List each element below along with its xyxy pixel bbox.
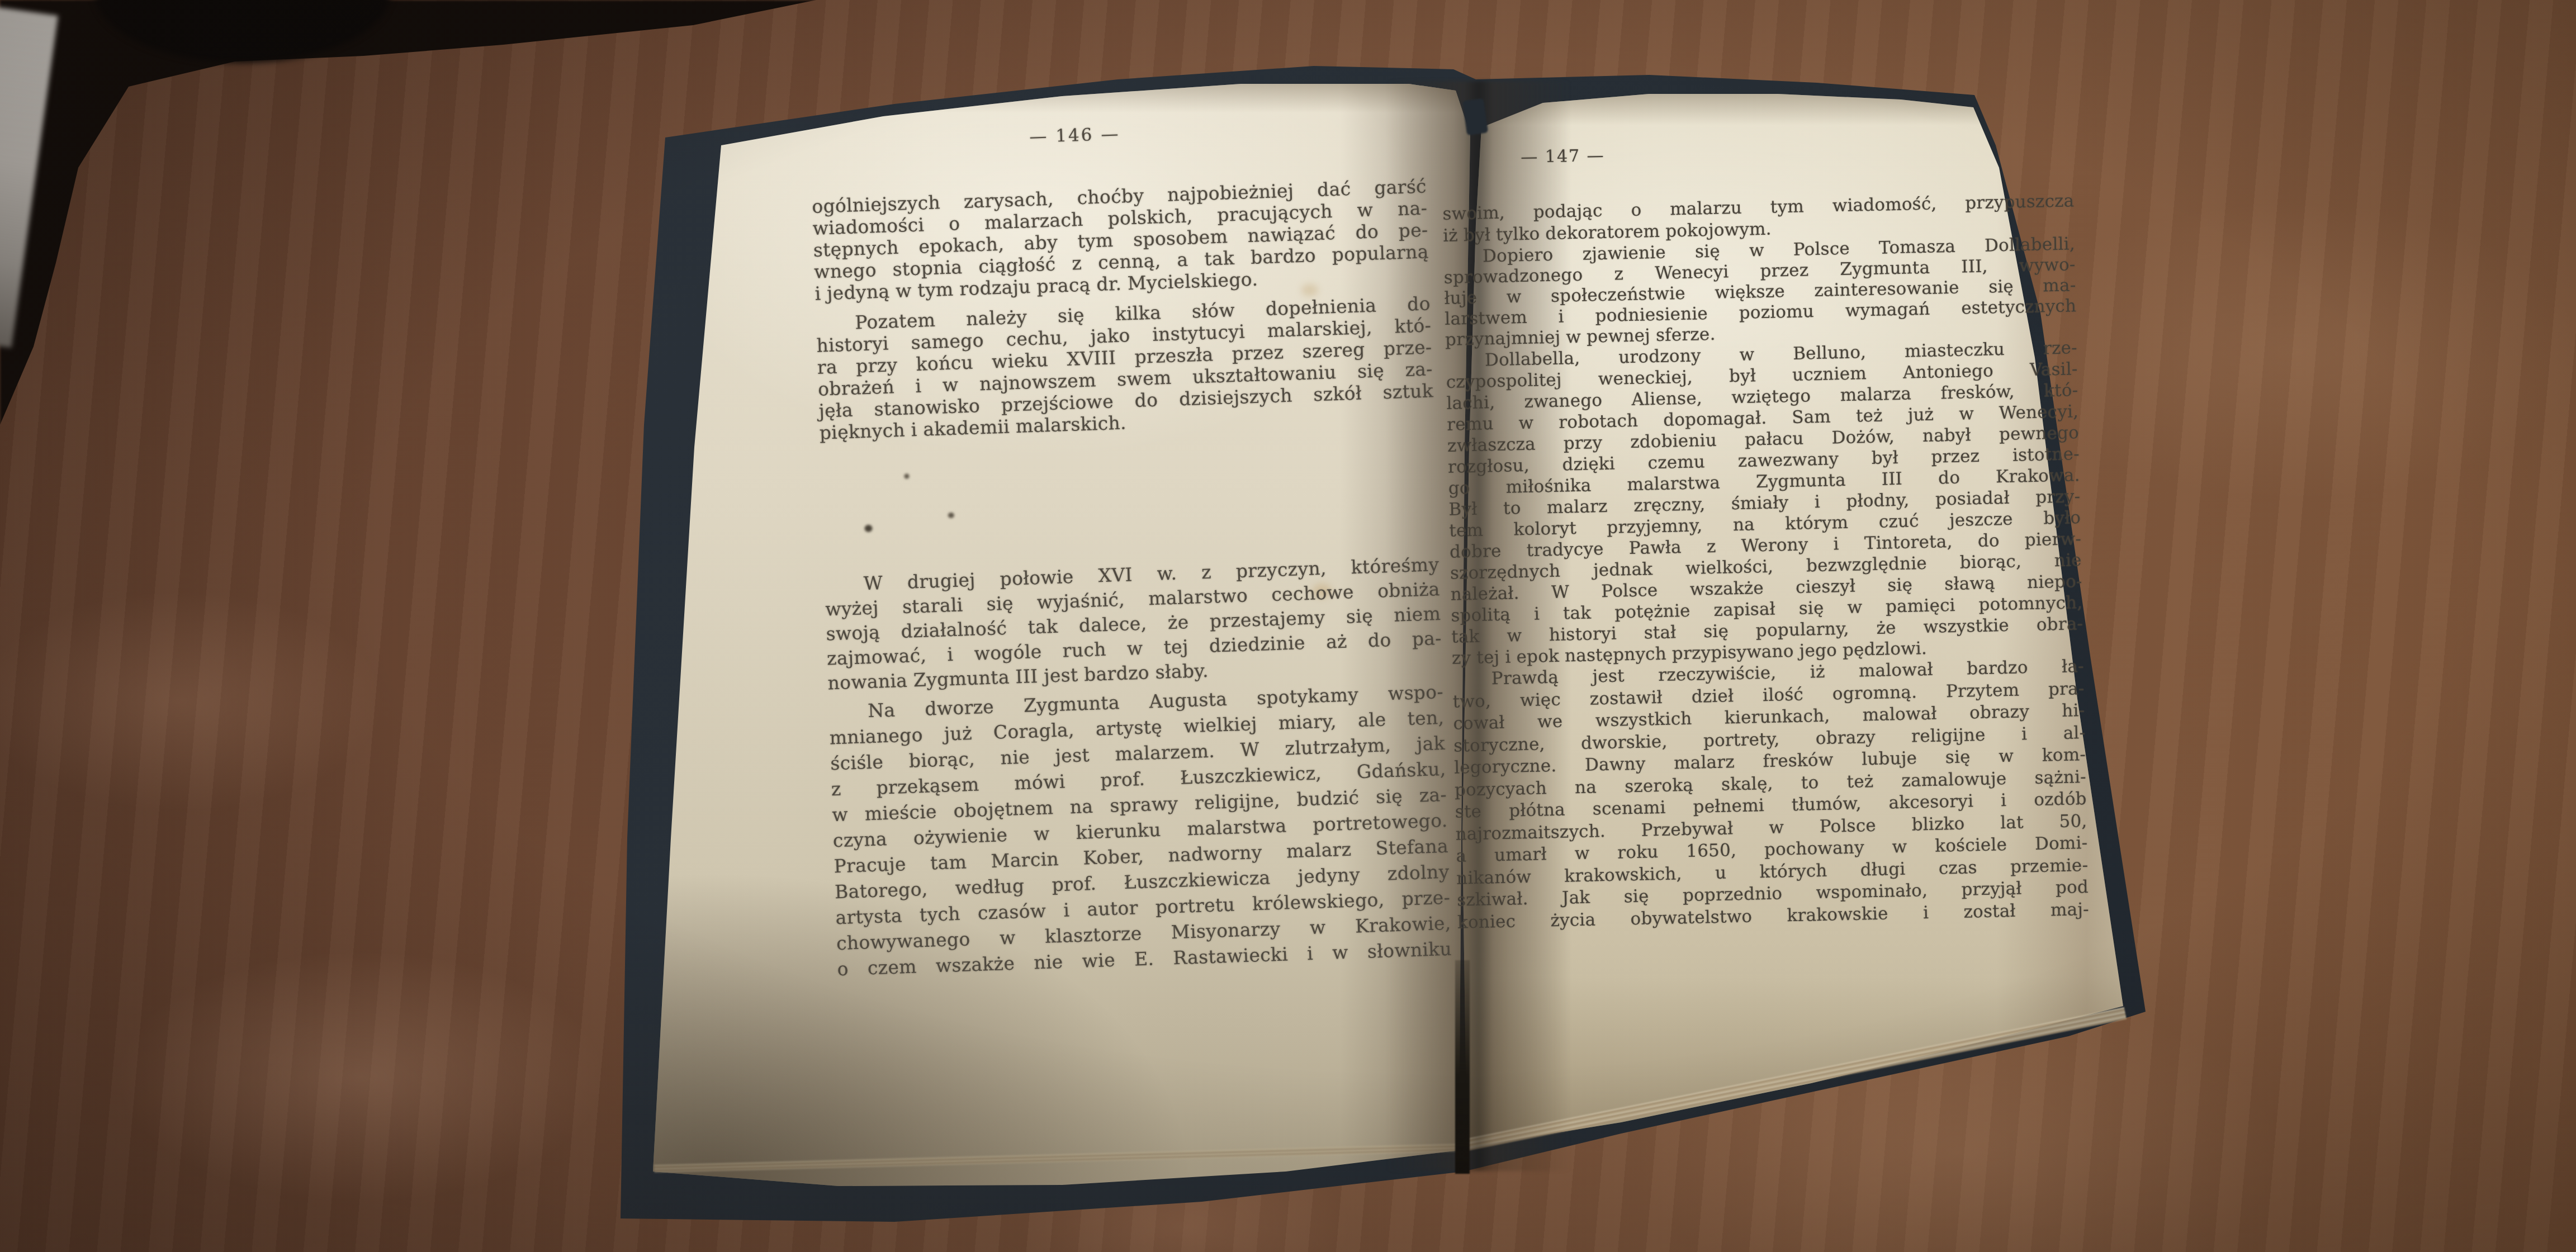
- separator-dot: [904, 473, 909, 478]
- open-book: — 146 — ogólniejszych zarysach, choćby n…: [0, 0, 2576, 1252]
- section-separator: [820, 423, 1438, 572]
- paragraph: Dollabella, urodzony w Belluno, miastecz…: [1446, 337, 2084, 669]
- left-page-text: — 146 — ogólniejszych zarysach, choćby n…: [809, 113, 1452, 983]
- paragraph: Prawdą jest rzeczywiście, iż malował bar…: [1452, 656, 2089, 934]
- book-gutter-line: [1455, 960, 1470, 1174]
- paragraph: Pozatem należy się kilka słów dopełnieni…: [816, 292, 1434, 443]
- paragraph: ogólniejszych zarysach, choćby najpobież…: [812, 175, 1430, 304]
- left-page-paragraphs-top: ogólniejszych zarysach, choćby najpobież…: [812, 175, 1434, 443]
- photo-scene: — 146 — ogólniejszych zarysach, choćby n…: [0, 0, 2576, 1252]
- separator-dot: [948, 513, 954, 518]
- left-page-paragraphs-bottom: W drugiej połowie XVI w. z przyczyn, któ…: [824, 552, 1452, 982]
- paragraph: Na dworze Zygmunta Augusta spotykamy wsp…: [828, 679, 1452, 982]
- paragraph: Dopiero zjawienie się w Polsce Tomasza D…: [1443, 234, 2077, 350]
- right-page-paragraphs: swoim, podając o malarzu tym wiadomość, …: [1442, 190, 2089, 933]
- page-number-right: — 147 —: [1521, 145, 1605, 168]
- right-page-text: — 147 — swoim, podając o malarzu tym wia…: [1441, 135, 2089, 933]
- separator-dot: [864, 525, 872, 532]
- paragraph: W drugiej połowie XVI w. z przyczyn, któ…: [824, 552, 1443, 695]
